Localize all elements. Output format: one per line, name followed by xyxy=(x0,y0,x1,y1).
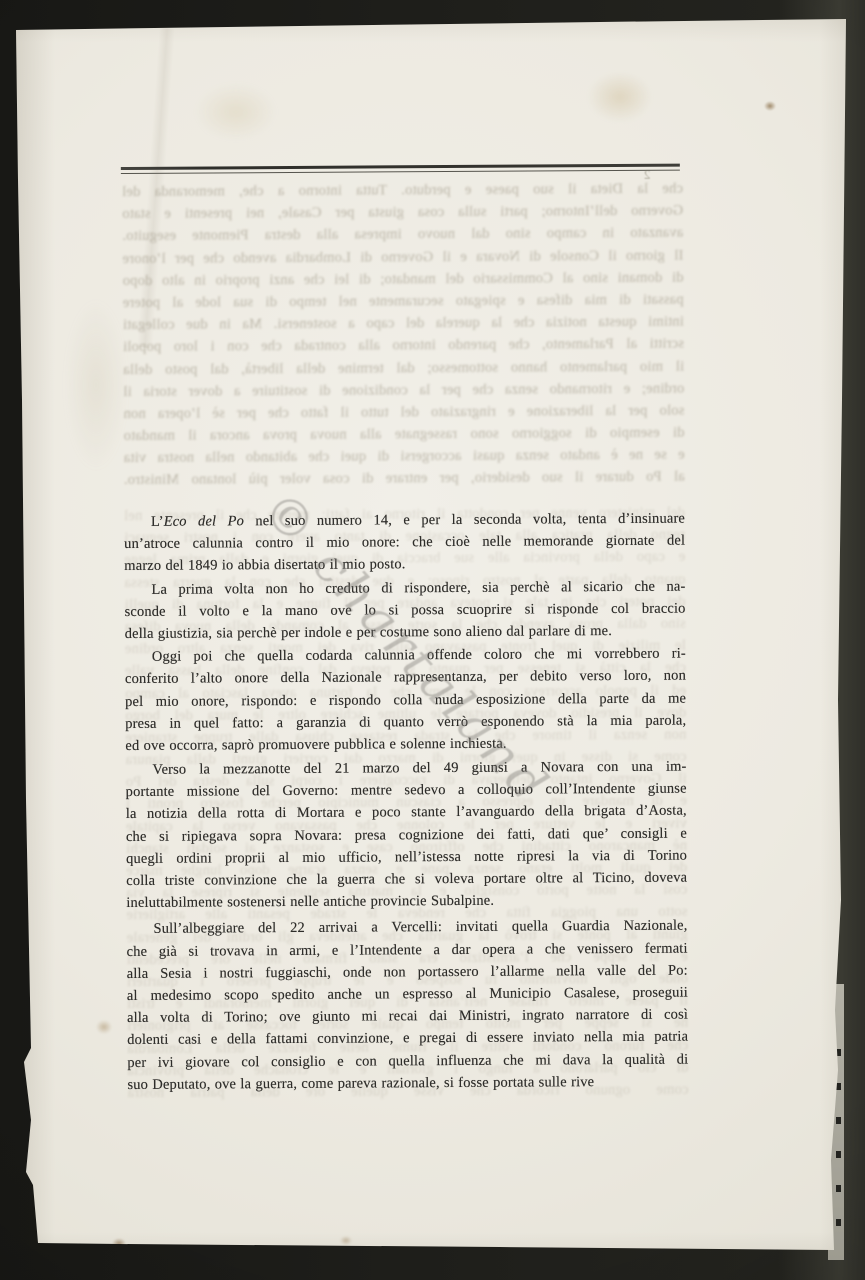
text-line: che già si trovava in armi, e l’Intenden… xyxy=(127,937,688,963)
text-line: un’atroce calunnia contro il mio onore: … xyxy=(124,530,685,556)
document-text: L’Eco del Po nel suo numero 14, e per la… xyxy=(124,508,689,1096)
text-line: presa in quel fatto: a garanzia di quant… xyxy=(125,709,686,735)
rule-thick-line xyxy=(121,164,680,170)
text-line: la notizia della rotta di Mortara e poco… xyxy=(126,800,687,826)
text-line: che si ripiegava sopra Novara: presa cog… xyxy=(126,822,687,848)
showthrough-line: al Po durare il suo desiderio, per entra… xyxy=(124,466,685,492)
document-page: 2 che la Dieta il suo paese e perduto. T… xyxy=(0,0,865,1280)
header-double-rule xyxy=(121,164,680,174)
rule-thin-line xyxy=(121,169,680,174)
scan-background: 2 che la Dieta il suo paese e perduto. T… xyxy=(0,0,865,1280)
text-line: ed ove occorra, saprò promuovere pubblic… xyxy=(125,731,686,757)
paragraph: Verso la mezzanotte del 21 marzo del 49 … xyxy=(125,756,687,915)
text-line: dolenti casi e della fattami convinzione… xyxy=(127,1026,688,1052)
showthrough-line: scritti al Parlamento, che parendo intor… xyxy=(123,333,684,359)
showthrough-line: Il giorno il Console di Novara e il Gove… xyxy=(122,244,683,270)
text-line: suo Deputato, ove la guerra, come pareva… xyxy=(127,1070,688,1096)
text-line: per ivi giovare col consiglio e con quel… xyxy=(127,1048,688,1074)
showthrough-line: ordine; e ritornando senza che per la co… xyxy=(123,377,684,403)
text-line: La prima volta non ho creduto di rispond… xyxy=(124,575,685,601)
text-line: colla triste convinzione che la guerra c… xyxy=(126,867,687,893)
text-line: ineluttabilmente sostenersi nelle antich… xyxy=(126,889,687,915)
showthrough-text-upper: che la Dieta il suo paese e perduto. Tut… xyxy=(122,178,685,492)
paragraph: Sull’albeggiare del 22 arrivai a Vercell… xyxy=(126,915,688,1096)
text-line: marzo del 1849 io abbia disertato il mio… xyxy=(124,552,685,578)
text-line: Sull’albeggiare del 22 arrivai a Vercell… xyxy=(126,915,687,941)
showthrough-line: avanzato in campo sino dal nuovo impresa… xyxy=(122,222,683,248)
paragraph: L’Eco del Po nel suo numero 14, e per la… xyxy=(124,508,685,578)
showthrough-line: il mio parlamento hanno sottomesso; dal … xyxy=(123,355,684,381)
